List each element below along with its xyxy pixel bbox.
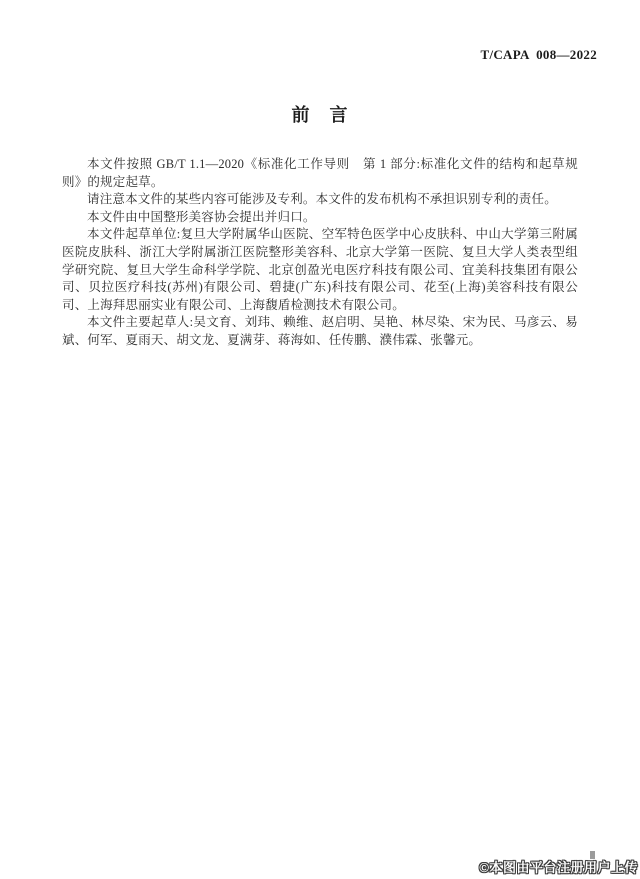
watermark-text: ©本图由平台注册用户上传 <box>479 857 638 876</box>
paragraph-drafting-organizations: 本文件起草单位:复旦大学附属华山医院、空军特色医学中心皮肤科、中山大学第三附属医… <box>62 226 578 314</box>
foreword-body: 本文件按照 GB/T 1.1—2020《标准化工作导则 第 1 部分:标准化文件… <box>62 156 578 350</box>
paragraph-proposing-body: 本文件由中国整形美容协会提出并归口。 <box>62 209 578 227</box>
paragraph-patent-notice: 请注意本文件的某些内容可能涉及专利。本文件的发布机构不承担识别专利的责任。 <box>62 191 578 209</box>
page-title: 前 言 <box>0 101 640 127</box>
paragraph-main-drafters: 本文件主要起草人:吴文育、刘玮、赖维、赵启明、吴艳、林尽染、宋为民、马彦云、易斌… <box>62 314 578 349</box>
document-page: T/CAPA 008—2022 前 言 本文件按照 GB/T 1.1—2020《… <box>0 0 640 879</box>
paragraph-drafting-rules: 本文件按照 GB/T 1.1—2020《标准化工作导则 第 1 部分:标准化文件… <box>62 156 578 191</box>
standard-number: T/CAPA 008—2022 <box>480 47 597 63</box>
